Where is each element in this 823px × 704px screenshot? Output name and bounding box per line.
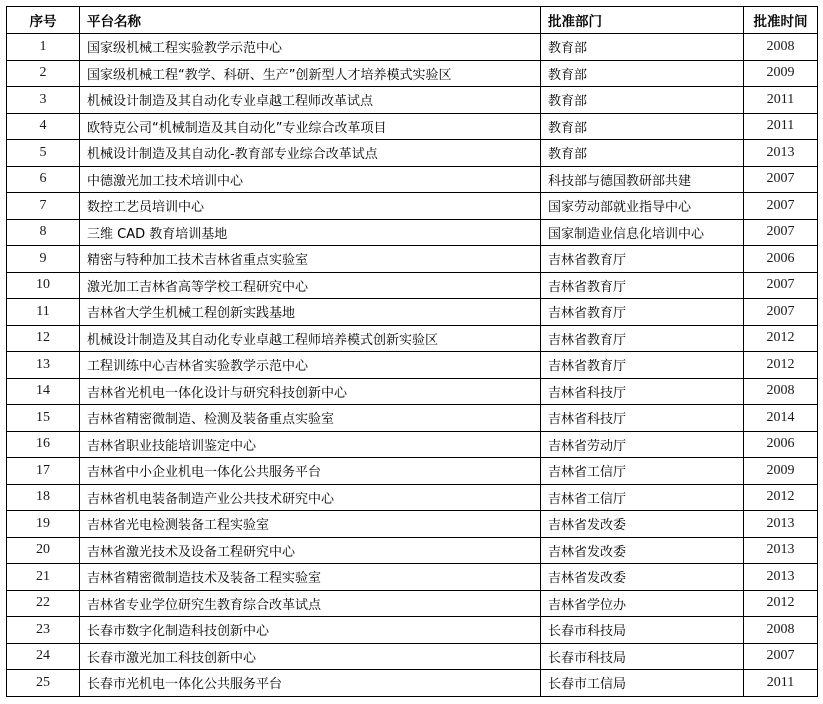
row-year: 2011 [744,670,818,697]
row-name: 欧特克公司“机械制造及其自动化”专业综合改革项目 [80,113,541,140]
row-dept: 吉林省教育厅 [541,325,744,352]
row-index: 1 [7,34,80,61]
row-dept: 吉林省教育厅 [541,272,744,299]
header-row: 序号 平台名称 批准部门 批准时间 [7,7,818,34]
row-index: 22 [7,590,80,617]
row-name: 吉林省激光技术及设备工程研究中心 [80,537,541,564]
table-row: 24长春市激光加工科技创新中心长春市科技局2007 [7,643,818,670]
row-index: 3 [7,87,80,114]
row-name: 中德激光加工技术培训中心 [80,166,541,193]
row-year: 2013 [744,511,818,538]
row-index: 2 [7,60,80,87]
row-index: 17 [7,458,80,485]
row-index: 13 [7,352,80,379]
table-row: 5机械设计制造及其自动化-教育部专业综合改革试点教育部2013 [7,140,818,167]
row-name: 吉林省中小企业机电一体化公共服务平台 [80,458,541,485]
row-year: 2013 [744,140,818,167]
row-index: 16 [7,431,80,458]
header-dept: 批准部门 [541,7,744,34]
row-dept: 科技部与德国教研部共建 [541,166,744,193]
row-index: 10 [7,272,80,299]
row-year: 2011 [744,87,818,114]
table-row: 9精密与特种加工技术吉林省重点实验室吉林省教育厅2006 [7,246,818,273]
row-dept: 吉林省工信厅 [541,458,744,485]
row-index: 20 [7,537,80,564]
row-name: 吉林省精密微制造技术及装备工程实验室 [80,564,541,591]
row-year: 2007 [744,643,818,670]
table-row: 3机械设计制造及其自动化专业卓越工程师改革试点教育部2011 [7,87,818,114]
table-row: 13工程训练中心吉林省实验教学示范中心吉林省教育厅2012 [7,352,818,379]
row-name: 精密与特种加工技术吉林省重点实验室 [80,246,541,273]
row-name: 机械设计制造及其自动化-教育部专业综合改革试点 [80,140,541,167]
row-index: 5 [7,140,80,167]
row-year: 2007 [744,193,818,220]
row-year: 2012 [744,352,818,379]
row-dept: 吉林省科技厅 [541,405,744,432]
row-index: 12 [7,325,80,352]
row-index: 19 [7,511,80,538]
row-dept: 国家制造业信息化培训中心 [541,219,744,246]
row-dept: 长春市科技局 [541,617,744,644]
row-dept: 教育部 [541,113,744,140]
row-year: 2014 [744,405,818,432]
row-dept: 吉林省劳动厅 [541,431,744,458]
row-index: 15 [7,405,80,432]
row-name: 长春市激光加工科技创新中心 [80,643,541,670]
row-name: 吉林省光机电一体化设计与研究科技创新中心 [80,378,541,405]
row-dept: 吉林省教育厅 [541,299,744,326]
row-year: 2008 [744,617,818,644]
row-index: 7 [7,193,80,220]
table-row: 7数控工艺员培训中心国家劳动部就业指导中心2007 [7,193,818,220]
row-name: 三维 CAD 教育培训基地 [80,219,541,246]
table-row: 10激光加工吉林省高等学校工程研究中心吉林省教育厅2007 [7,272,818,299]
row-dept: 长春市工信局 [541,670,744,697]
table-row: 11吉林省大学生机械工程创新实践基地吉林省教育厅2007 [7,299,818,326]
table-row: 17吉林省中小企业机电一体化公共服务平台吉林省工信厅2009 [7,458,818,485]
row-year: 2008 [744,34,818,61]
row-year: 2012 [744,590,818,617]
row-year: 2009 [744,60,818,87]
row-name: 机械设计制造及其自动化专业卓越工程师改革试点 [80,87,541,114]
row-name: 吉林省大学生机械工程创新实践基地 [80,299,541,326]
row-dept: 长春市科技局 [541,643,744,670]
table-row: 22吉林省专业学位研究生教育综合改革试点吉林省学位办2012 [7,590,818,617]
row-index: 24 [7,643,80,670]
row-dept: 吉林省工信厅 [541,484,744,511]
row-name: 国家级机械工程实验教学示范中心 [80,34,541,61]
table-row: 25长春市光机电一体化公共服务平台长春市工信局2011 [7,670,818,697]
row-year: 2007 [744,219,818,246]
row-name: 吉林省机电装备制造产业公共技术研究中心 [80,484,541,511]
row-name: 吉林省专业学位研究生教育综合改革试点 [80,590,541,617]
row-name: 吉林省职业技能培训鉴定中心 [80,431,541,458]
header-year: 批准时间 [744,7,818,34]
table-row: 21吉林省精密微制造技术及装备工程实验室吉林省发改委2013 [7,564,818,591]
table-row: 12机械设计制造及其自动化专业卓越工程师培养模式创新实验区吉林省教育厅2012 [7,325,818,352]
table-row: 8三维 CAD 教育培训基地国家制造业信息化培训中心2007 [7,219,818,246]
row-name: 数控工艺员培训中心 [80,193,541,220]
row-name: 工程训练中心吉林省实验教学示范中心 [80,352,541,379]
row-year: 2009 [744,458,818,485]
row-dept: 国家劳动部就业指导中心 [541,193,744,220]
row-index: 21 [7,564,80,591]
table-row: 14吉林省光机电一体化设计与研究科技创新中心吉林省科技厅2008 [7,378,818,405]
row-year: 2007 [744,299,818,326]
table-row: 19吉林省光电检测装备工程实验室吉林省发改委2013 [7,511,818,538]
row-year: 2007 [744,272,818,299]
table-row: 16吉林省职业技能培训鉴定中心吉林省劳动厅2006 [7,431,818,458]
row-dept: 吉林省学位办 [541,590,744,617]
row-dept: 教育部 [541,140,744,167]
table-row: 20吉林省激光技术及设备工程研究中心吉林省发改委2013 [7,537,818,564]
row-name: 吉林省光电检测装备工程实验室 [80,511,541,538]
row-year: 2013 [744,564,818,591]
row-dept: 吉林省教育厅 [541,246,744,273]
table-row: 23长春市数字化制造科技创新中心长春市科技局2008 [7,617,818,644]
row-year: 2006 [744,431,818,458]
row-name: 国家级机械工程“教学、科研、生产”创新型人才培养模式实验区 [80,60,541,87]
row-year: 2008 [744,378,818,405]
row-year: 2013 [744,537,818,564]
row-index: 8 [7,219,80,246]
row-dept: 吉林省发改委 [541,511,744,538]
table-row: 2国家级机械工程“教学、科研、生产”创新型人才培养模式实验区教育部2009 [7,60,818,87]
row-index: 9 [7,246,80,273]
row-index: 6 [7,166,80,193]
header-name: 平台名称 [80,7,541,34]
row-dept: 教育部 [541,60,744,87]
row-dept: 吉林省发改委 [541,537,744,564]
row-name: 激光加工吉林省高等学校工程研究中心 [80,272,541,299]
table-row: 1国家级机械工程实验教学示范中心教育部2008 [7,34,818,61]
row-year: 2011 [744,113,818,140]
row-index: 25 [7,670,80,697]
platforms-table: 序号 平台名称 批准部门 批准时间 1国家级机械工程实验教学示范中心教育部200… [6,6,818,697]
row-year: 2007 [744,166,818,193]
table-row: 15吉林省精密微制造、检测及装备重点实验室吉林省科技厅2014 [7,405,818,432]
row-index: 4 [7,113,80,140]
row-dept: 吉林省科技厅 [541,378,744,405]
row-dept: 吉林省发改委 [541,564,744,591]
row-dept: 教育部 [541,34,744,61]
row-name: 长春市光机电一体化公共服务平台 [80,670,541,697]
row-index: 14 [7,378,80,405]
row-index: 11 [7,299,80,326]
row-year: 2012 [744,325,818,352]
row-name: 机械设计制造及其自动化专业卓越工程师培养模式创新实验区 [80,325,541,352]
row-index: 18 [7,484,80,511]
table-row: 6中德激光加工技术培训中心科技部与德国教研部共建2007 [7,166,818,193]
header-index: 序号 [7,7,80,34]
row-name: 吉林省精密微制造、检测及装备重点实验室 [80,405,541,432]
row-dept: 教育部 [541,87,744,114]
table-row: 18吉林省机电装备制造产业公共技术研究中心吉林省工信厅2012 [7,484,818,511]
row-dept: 吉林省教育厅 [541,352,744,379]
table-row: 4欧特克公司“机械制造及其自动化”专业综合改革项目教育部2011 [7,113,818,140]
row-year: 2012 [744,484,818,511]
row-year: 2006 [744,246,818,273]
row-name: 长春市数字化制造科技创新中心 [80,617,541,644]
row-index: 23 [7,617,80,644]
